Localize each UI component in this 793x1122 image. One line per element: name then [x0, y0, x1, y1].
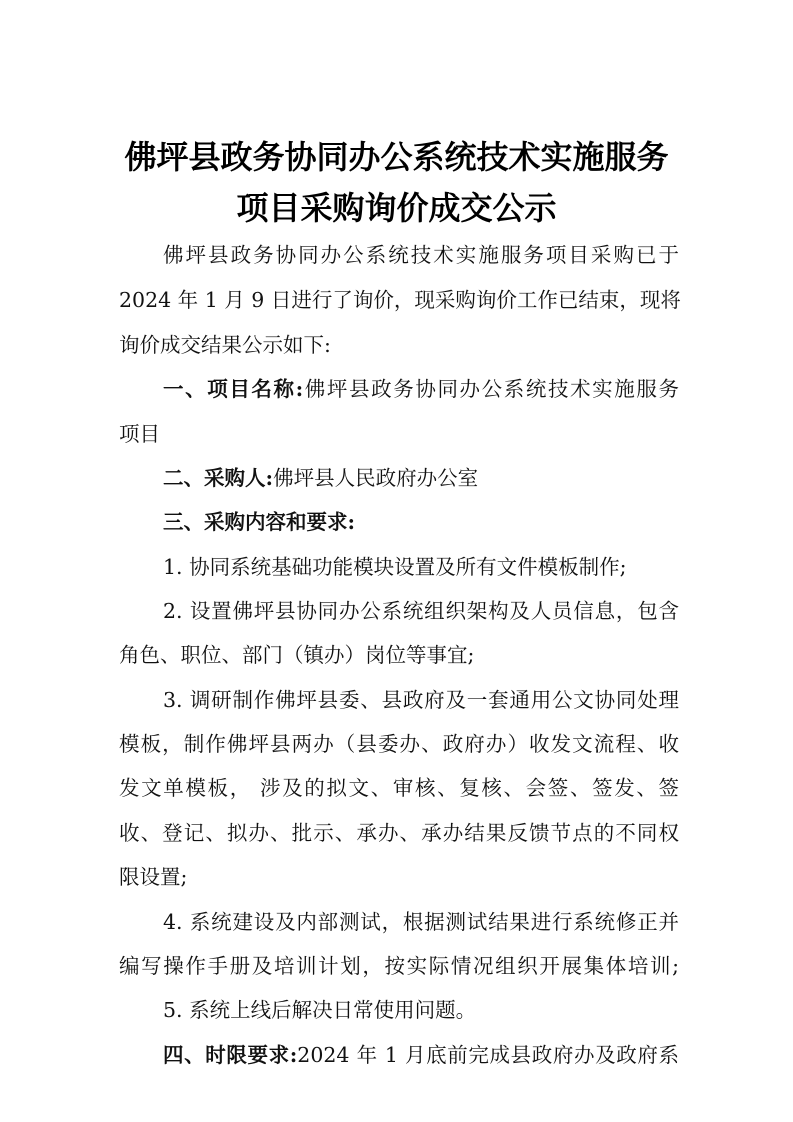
section-1-text-line-2: 项目: [119, 419, 679, 449]
section-3-item-3-line-3: 发文单模板， 涉及的拟文、审核、复核、会签、签发、签: [119, 773, 679, 803]
section-1-heading: 一、项目名称:: [163, 377, 303, 401]
section-3-item-4-line-1: 4. 系统建设及内部测试，根据测试结果进行系统修正并: [163, 907, 679, 937]
intro-line-3: 询价成交结果公示如下:: [119, 330, 679, 360]
intro-line-2: 2024 年 1 月 9 日进行了询价，现采购询价工作已结束，现将: [119, 285, 679, 315]
document-page: 佛坪县政务协同办公系统技术实施服务 项目采购询价成交公示 佛坪县政务协同办公系统…: [0, 0, 793, 1122]
section-3-item-3-line-2: 模板，制作佛坪县两办（县委办、政府办）收发文流程、收: [119, 729, 679, 759]
section-3-item-1: 1. 协同系统基础功能模块设置及所有文件模板制作;: [163, 552, 679, 582]
section-3-heading: 三、采购内容和要求:: [163, 507, 679, 537]
section-2-heading: 二、采购人:: [163, 466, 273, 490]
section-4-text: 2024 年 1 月底前完成县政府办及政府系: [297, 1043, 679, 1067]
section-3-item-4-line-2: 编写操作手册及培训计划，按实际情况组织开展集体培训;: [119, 951, 679, 981]
section-3-item-2-line-2: 角色、职位、部门（镇办）岗位等事宜;: [119, 640, 679, 670]
section-1-text: 佛坪县政务协同办公系统技术实施服务: [303, 377, 679, 401]
section-3-item-5: 5. 系统上线后解决日常使用问题。: [163, 995, 679, 1025]
document-title-line-2: 项目采购询价成交公示: [0, 183, 793, 229]
section-3-item-2-line-1: 2. 设置佛坪县协同办公系统组织架构及人员信息，包含: [163, 596, 679, 626]
section-4-heading: 四、时限要求:: [163, 1043, 297, 1067]
section-2-purchaser: 二、采购人:佛坪县人民政府办公室: [163, 463, 679, 493]
section-1-project-name: 一、项目名称:佛坪县政务协同办公系统技术实施服务: [163, 374, 679, 404]
intro-line-1: 佛坪县政务协同办公系统技术实施服务项目采购已于: [163, 240, 679, 270]
section-3-item-3-line-1: 3. 调研制作佛坪县委、县政府及一套通用公文协同处理: [163, 685, 679, 715]
document-title-line-1: 佛坪县政务协同办公系统技术实施服务: [0, 132, 793, 178]
section-2-text: 佛坪县人民政府办公室: [273, 466, 478, 490]
section-3-item-3-line-5: 限设置;: [119, 862, 679, 892]
section-4-time-limit: 四、时限要求:2024 年 1 月底前完成县政府办及政府系: [163, 1040, 679, 1070]
section-3-item-3-line-4: 收、登记、拟办、批示、承办、承办结果反馈节点的不同权: [119, 818, 679, 848]
